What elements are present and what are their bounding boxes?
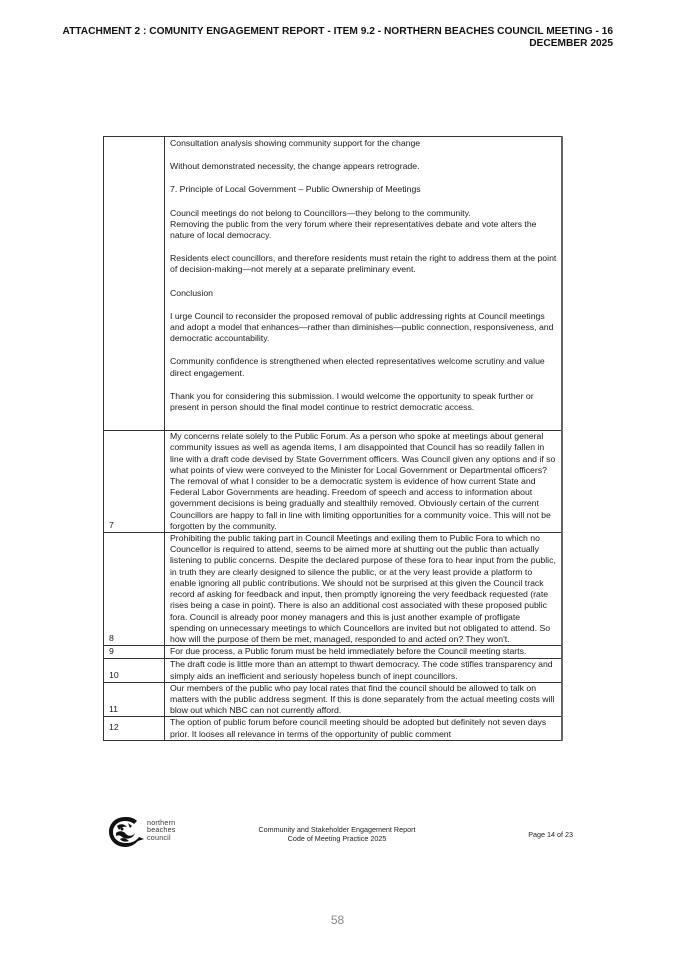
submission-paragraph: Community confidence is strengthened whe… <box>170 356 557 378</box>
submission-number: 8 <box>104 533 165 646</box>
northern-beaches-council-logo-icon <box>107 815 145 849</box>
table-row: 7My concerns relate solely to the Public… <box>104 431 563 533</box>
footer-report-line-1: Community and Stakeholder Engagement Rep… <box>237 825 437 834</box>
council-logo-text: northern beaches council <box>147 819 176 841</box>
submission-paragraph: The option of public forum before counci… <box>170 717 557 739</box>
submission-number: 7 <box>104 431 165 533</box>
submission-number: 11 <box>104 682 165 717</box>
submission-text: My concerns relate solely to the Public … <box>165 431 563 533</box>
submission-paragraph: 7. Principle of Local Government – Publi… <box>170 184 557 195</box>
footer-report-line-2: Code of Meeting Practice 2025 <box>237 834 437 843</box>
footer-page-label: Page 14 of 23 <box>528 830 573 839</box>
submission-text: For due process, a Public forum must be … <box>165 646 563 659</box>
page-number: 58 <box>0 913 675 927</box>
page-footer: northern beaches council Community and S… <box>107 815 573 851</box>
table-row: 8Prohibiting the public taking part in C… <box>104 533 563 646</box>
submissions-table-body: Consultation analysis showing community … <box>104 137 563 741</box>
submission-paragraph: Without demonstrated necessity, the chan… <box>170 161 557 172</box>
submission-paragraph: My concerns relate solely to the Public … <box>170 431 557 532</box>
submission-number: 9 <box>104 646 165 659</box>
submission-number: 12 <box>104 717 165 740</box>
submission-paragraph: Our members of the public who pay local … <box>170 683 557 717</box>
submission-text: Prohibiting the public taking part in Co… <box>165 533 563 646</box>
footer-report-title: Community and Stakeholder Engagement Rep… <box>237 825 437 843</box>
submission-paragraph: Prohibiting the public taking part in Co… <box>170 533 557 645</box>
submission-text: Our members of the public who pay local … <box>165 682 563 717</box>
submission-number: 10 <box>104 659 165 682</box>
submissions-table: Consultation analysis showing community … <box>103 136 563 741</box>
submission-paragraph: Consultation analysis showing community … <box>170 138 557 149</box>
submission-paragraph: For due process, a Public forum must be … <box>170 646 557 657</box>
header-line-1: ATTACHMENT 2 : COMUNITY ENGAGEMENT REPOR… <box>33 26 613 38</box>
submission-text: The draft code is little more than an at… <box>165 659 563 682</box>
submission-paragraph: Council meetings do not belong to Counci… <box>170 208 557 242</box>
attachment-header: ATTACHMENT 2 : COMUNITY ENGAGEMENT REPOR… <box>33 26 613 50</box>
header-line-2: DECEMBER 2025 <box>33 38 613 50</box>
table-row: 9For due process, a Public forum must be… <box>104 646 563 659</box>
submission-paragraph: Thank you for considering this submissio… <box>170 391 557 413</box>
submission-paragraph: I urge Council to reconsider the propose… <box>170 311 557 345</box>
submission-paragraph: Conclusion <box>170 288 557 299</box>
submission-text: Consultation analysis showing community … <box>165 137 563 431</box>
table-row: 12The option of public forum before coun… <box>104 717 563 740</box>
table-row: 11Our members of the public who pay loca… <box>104 682 563 717</box>
table-row: Consultation analysis showing community … <box>104 137 563 431</box>
table-row: 10The draft code is little more than an … <box>104 659 563 682</box>
submission-text: The option of public forum before counci… <box>165 717 563 740</box>
submission-paragraph: The draft code is little more than an at… <box>170 659 557 681</box>
submission-paragraph: Residents elect councillors, and therefo… <box>170 253 557 275</box>
submission-number <box>104 137 165 431</box>
logo-line-3: council <box>147 834 176 841</box>
